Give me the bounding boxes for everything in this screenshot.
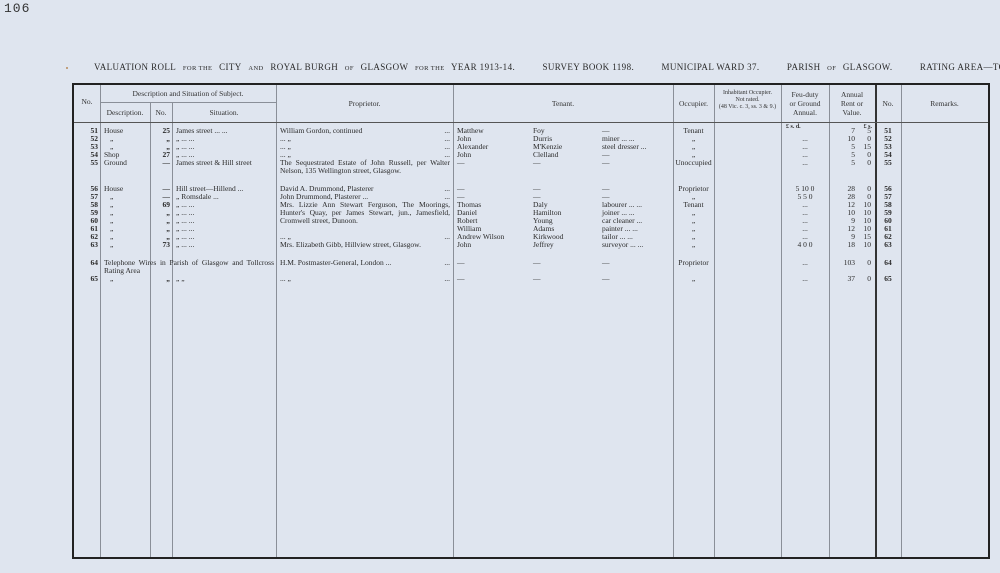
parish-label: PARISH [787, 62, 821, 72]
situation: „ ... ... [176, 241, 274, 249]
title-city: CITY [219, 62, 242, 72]
proprietor: The Sequestrated Estate of John Russell,… [280, 159, 450, 175]
header-description-group: Description and Situation of Subject. [100, 89, 276, 98]
feu-duty: ... [781, 259, 829, 267]
title-small: OF [827, 65, 836, 72]
tenant-surname: Clelland [533, 151, 598, 159]
proprietor: William Gordon, continued [280, 127, 430, 135]
rent-shillings: 10 [855, 241, 871, 249]
col-divider [172, 102, 173, 557]
header-line: Not rated. [714, 97, 781, 104]
tenant-first-name: — [457, 259, 527, 267]
col-divider [453, 85, 454, 557]
rent-shillings: 0 [855, 259, 871, 267]
header-no: No. [74, 97, 100, 106]
description-full: Telephone Wires in Parish of Glasgow and… [104, 259, 274, 275]
row-number: 63 [76, 241, 98, 249]
street-number: „ [150, 275, 170, 283]
feu-duty: ... [781, 275, 829, 283]
municipal-ward: MUNICIPAL WARD 37. [661, 62, 759, 72]
proprietor: Mrs. Lizzie Ann Stewart Ferguson, The Mo… [280, 201, 450, 225]
title-valuation-roll: VALUATION ROLL [94, 62, 176, 72]
proprietor-ellipsis: ... [434, 275, 450, 283]
tenant-occupation: — [602, 185, 672, 193]
occupier-status: Unoccupied [673, 159, 714, 167]
header-inhabitant-occupier: Inhabitant Occupier. Not rated. (48 Vic.… [714, 90, 781, 111]
proprietor: ... „ [280, 143, 430, 151]
tenant-first-name: — [457, 275, 527, 283]
header-proprietor: Proprietor. [276, 99, 453, 108]
proprietor: H.M. Postmaster-General, London ... [280, 259, 430, 267]
row-number: 64 [76, 259, 98, 267]
header-bottom-line [74, 122, 988, 123]
occupier-status: „ [673, 241, 714, 249]
header-occupier: Occupier. [673, 99, 714, 108]
tenant-first-name: — [457, 185, 527, 193]
row-number-right: 63 [875, 241, 901, 249]
header-no-right: No. [875, 99, 901, 108]
header-line: Rent or [829, 99, 875, 108]
rent-pounds: 103 [829, 259, 855, 267]
feu-units-label: £ s. d. [786, 124, 826, 131]
title-small: FOR THE [183, 65, 213, 72]
rent-pounds: 5 [829, 159, 855, 167]
valuation-table: No. Description and Situation of Subject… [72, 83, 990, 559]
street-number: — [150, 159, 170, 167]
rent-pounds: 18 [829, 241, 855, 249]
proprietor: ... „ [280, 135, 430, 143]
header-remarks: Remarks. [901, 99, 988, 108]
parish-name: GLASGOW. [843, 62, 893, 72]
row-number: 55 [76, 159, 98, 167]
header-line: Value. [829, 108, 875, 117]
header-subdivider [100, 102, 276, 103]
feu-duty: ... [781, 159, 829, 167]
header-situation: Situation. [172, 108, 276, 117]
tenant-surname: Jeffrey [533, 241, 598, 249]
occupier-status: Proprietor [673, 259, 714, 267]
header-description: Description. [100, 108, 150, 117]
row-number: 65 [76, 275, 98, 283]
title-glasgow: GLASGOW [361, 62, 409, 72]
col-divider [150, 102, 151, 557]
page-number: 106 [4, 1, 30, 16]
header-line: Inhabitant Occupier. [714, 90, 781, 97]
situation: James street & Hill street [176, 159, 274, 167]
description: „ [104, 241, 154, 249]
row-number-right: 65 [875, 275, 901, 283]
header-line: Annual. [781, 108, 829, 117]
proprietor: Mrs. Elizabeth Gibb, Hillview street, Gl… [280, 241, 450, 249]
col-divider [100, 85, 101, 557]
tenant-occupation: — [602, 151, 672, 159]
rent-shillings: 0 [855, 275, 871, 283]
tenant-occupation: — [602, 159, 672, 167]
rent-pounds: 37 [829, 275, 855, 283]
proprietor-ellipsis: ... [434, 233, 450, 241]
header-line: (48 Vic. c. 3, ss. 3 & 9.) [714, 104, 781, 111]
document-title: VALUATION ROLL FOR THE CITY AND ROYAL BU… [94, 62, 974, 72]
occupier-status: „ [673, 275, 714, 283]
description: Ground [104, 159, 148, 167]
header-tenant: Tenant. [453, 99, 673, 108]
tenant-first-name: — [457, 159, 527, 167]
tenant-first-name: John [457, 151, 527, 159]
tenant-first-name: John [457, 241, 527, 249]
title-small: OF [345, 65, 354, 72]
tenant-occupation: — [602, 275, 672, 283]
tenant-surname: — [533, 185, 598, 193]
situation: „ „ [176, 275, 274, 283]
row-number-right: 55 [875, 159, 901, 167]
tenant-occupation: surveyor ... ... [602, 241, 672, 249]
tenant-surname: — [533, 275, 598, 283]
feu-duty: 4 0 0 [781, 241, 829, 249]
col-divider [714, 85, 715, 557]
row-number-right: 64 [875, 259, 901, 267]
header-line: Feu-duty [781, 90, 829, 99]
header-annual-rent: Annual Rent or Value. [829, 90, 875, 117]
header-street-no: No. [150, 108, 172, 117]
survey-book: SURVEY BOOK 1198. [542, 62, 634, 72]
header-line: Annual [829, 90, 875, 99]
tenant-occupation: steel dresser ... [602, 143, 672, 151]
tenant-surname: — [533, 259, 598, 267]
rating-area: RATING AREA—TOLLCROSS [920, 62, 1000, 72]
col-divider [901, 85, 902, 557]
proprietor-ellipsis: ... [434, 259, 450, 267]
header-line: or Ground [781, 99, 829, 108]
tenant-occupation: — [602, 259, 672, 267]
title-year: YEAR 1913-14. [451, 62, 515, 72]
title-royal-burgh: ROYAL BURGH [270, 62, 338, 72]
description: „ [104, 275, 154, 283]
proprietor: ... „ [280, 275, 430, 283]
header-feu-duty: Feu-duty or Ground Annual. [781, 90, 829, 117]
street-number: 73 [150, 241, 170, 249]
ink-dot [66, 67, 68, 69]
title-small: AND [248, 65, 263, 72]
col-divider [276, 85, 277, 557]
tenant-surname: — [533, 159, 598, 167]
rent-shillings: 0 [855, 159, 871, 167]
title-small: FOR THE [415, 65, 445, 72]
